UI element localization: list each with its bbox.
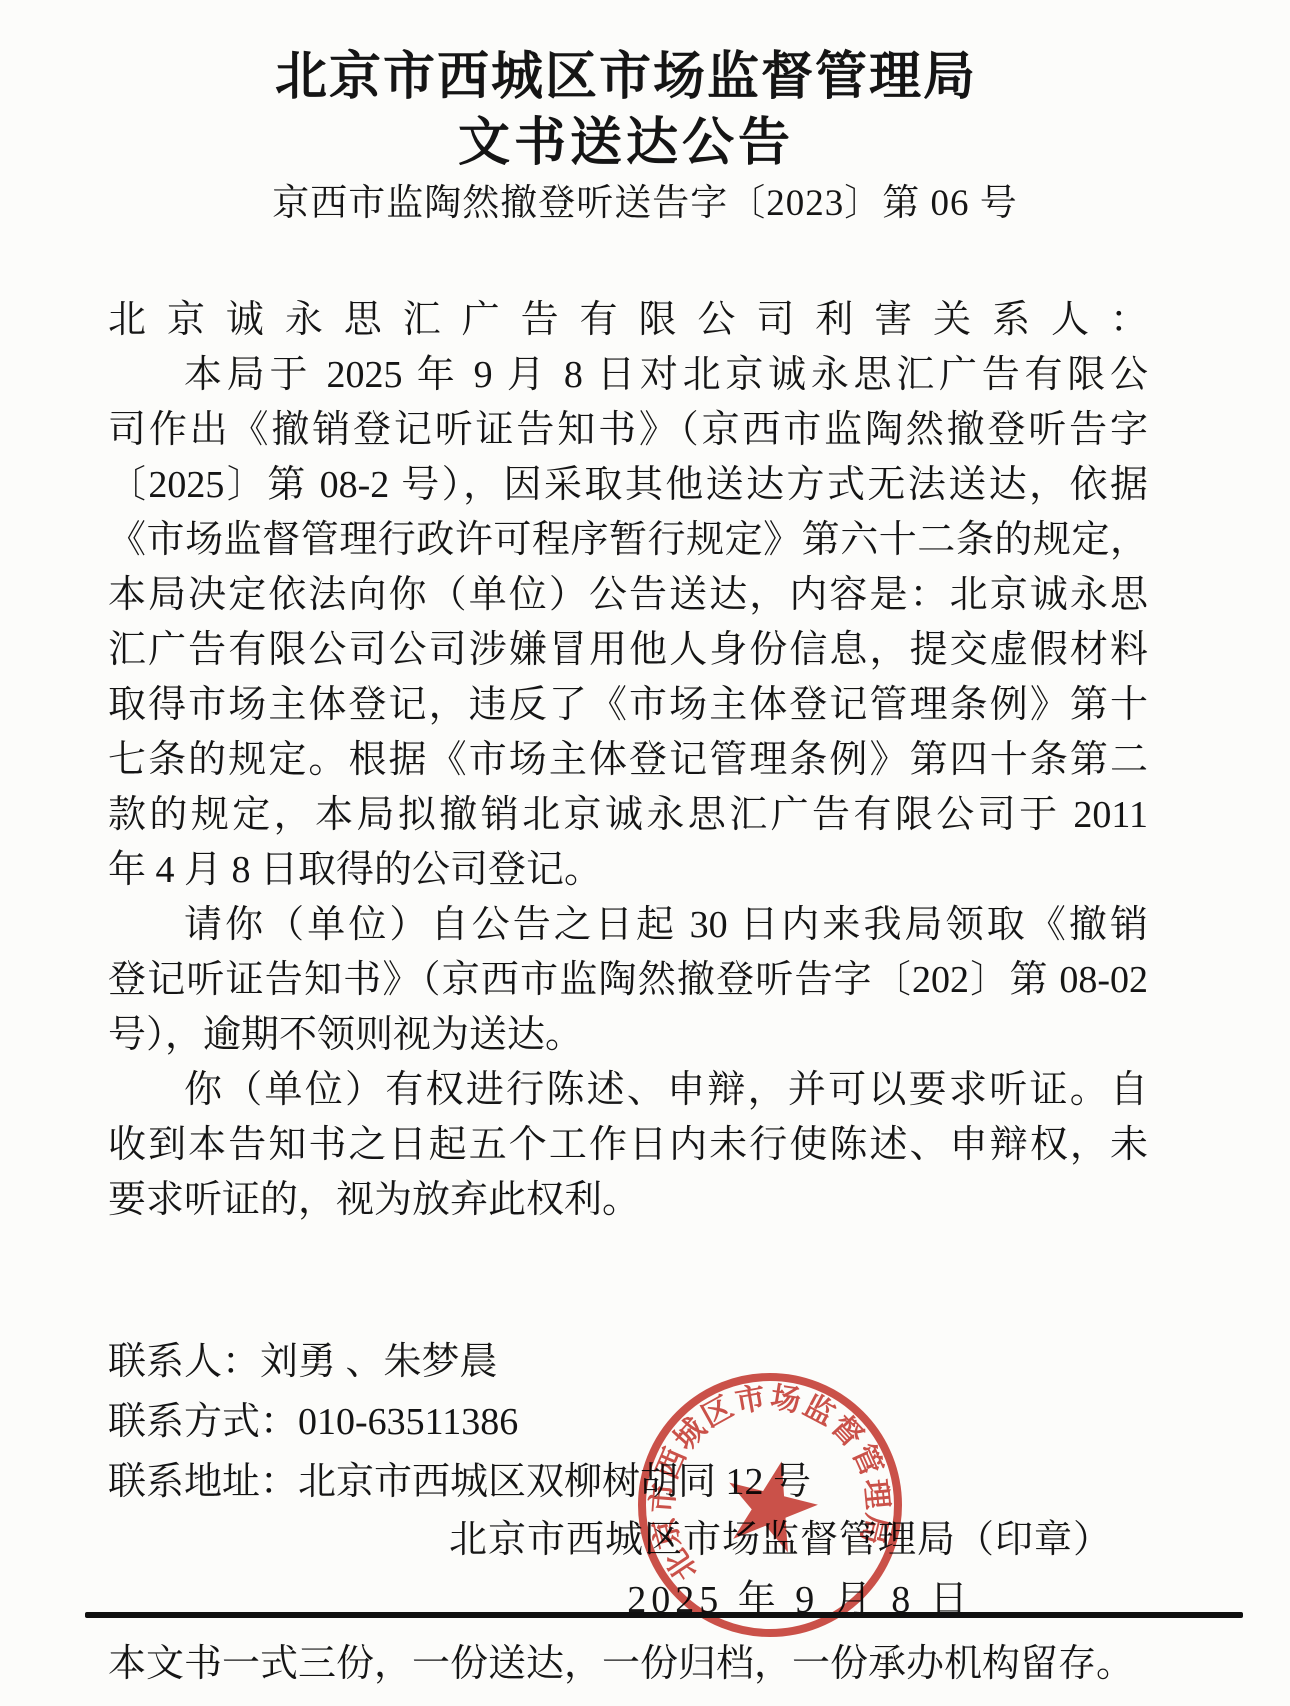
body-text-line: 款的规定，本局拟撤销北京诚永思汇广告有限公司于 2011 <box>108 788 1148 843</box>
body-text-line: 取得市场主体登记，违反了《市场主体登记管理条例》第十 <box>108 678 1148 733</box>
contact-phone-line: 联系方式：010-63511386 <box>108 1392 1148 1452</box>
salutation-line: 北京诚永思汇广告有限公司利害关系人： <box>108 293 1148 348</box>
official-seal-stamp: 北京市西城区市场监督管理局 <box>633 1368 907 1642</box>
footer-divider-rule <box>85 1612 1243 1618</box>
body-text-line: 登记听证告知书》（京西市监陶然撤登听告字〔202〕第 08-02 <box>108 953 1148 1008</box>
body-text-line: 请你（单位）自公告之日起 30 日内来我局领取《撤销 <box>108 898 1148 953</box>
contact-block: 联系人：刘勇 、朱梦晨 联系方式：010-63511386 联系地址：北京市西城… <box>108 1332 1148 1512</box>
body-text-line: 本局决定依法向你（单位）公告送达，内容是：北京诚永思 <box>108 568 1148 623</box>
seal-star-icon <box>716 1450 826 1556</box>
body-text-line: 号），逾期不领则视为送达。 <box>108 1008 1148 1063</box>
seal-ring-text: 北京市西城区市场监督管理局 <box>633 1368 903 1590</box>
notice-document-page: 北京市西城区市场监督管理局 文书送达公告 京西市监陶然撤登听送告字〔2023〕第… <box>0 0 1290 1706</box>
body-text-line: 本局于 2025 年 9 月 8 日对北京诚永思汇广告有限公 <box>108 348 1148 403</box>
notice-body: 北京诚永思汇广告有限公司利害关系人： 本局于 2025 年 9 月 8 日对北京… <box>108 293 1148 1228</box>
document-title-type: 文书送达公告 <box>0 100 1252 175</box>
body-text-line: 司作出《撤销登记听证告知书》（京西市监陶然撤登听告字 <box>108 403 1148 458</box>
body-text-line: 你（单位）有权进行陈述、申辩，并可以要求听证。自 <box>108 1063 1148 1118</box>
contact-person-line: 联系人：刘勇 、朱梦晨 <box>108 1332 1148 1392</box>
body-text-line: 〔2025〕第 08-2 号），因采取其他送达方式无法送达，依据 <box>108 458 1148 513</box>
body-text-line: 要求听证的，视为放弃此权利。 <box>108 1173 1148 1228</box>
footer-copies-note: 本文书一式三份，一份送达，一份归档，一份承办机构留存。 <box>108 1632 1248 1687</box>
body-text-line: 汇广告有限公司公司涉嫌冒用他人身份信息，提交虚假材料 <box>108 623 1148 678</box>
body-text-line: 收到本告知书之日起五个工作日内未行使陈述、申辩权，未 <box>108 1118 1148 1173</box>
body-text-line: 七条的规定。根据《市场主体登记管理条例》第四十条第二 <box>108 733 1148 788</box>
signature-org-line: 北京市西城区市场监督管理局（印章） <box>0 1508 1112 1563</box>
document-number: 京西市监陶然撤登听送告字〔2023〕第 06 号 <box>0 172 1290 226</box>
contact-address-line: 联系地址：北京市西城区双柳树胡同 12 号 <box>108 1452 1148 1512</box>
body-text-line: 《市场监督管理行政许可程序暂行规定》第六十二条的规定， <box>108 513 1148 568</box>
body-text-line: 年 4 月 8 日取得的公司登记。 <box>108 843 1148 898</box>
body-paragraph-lines: 本局于 2025 年 9 月 8 日对北京诚永思汇广告有限公司作出《撤销登记听证… <box>108 348 1148 1228</box>
document-title-agency: 北京市西城区市场监督管理局 <box>0 34 1252 109</box>
